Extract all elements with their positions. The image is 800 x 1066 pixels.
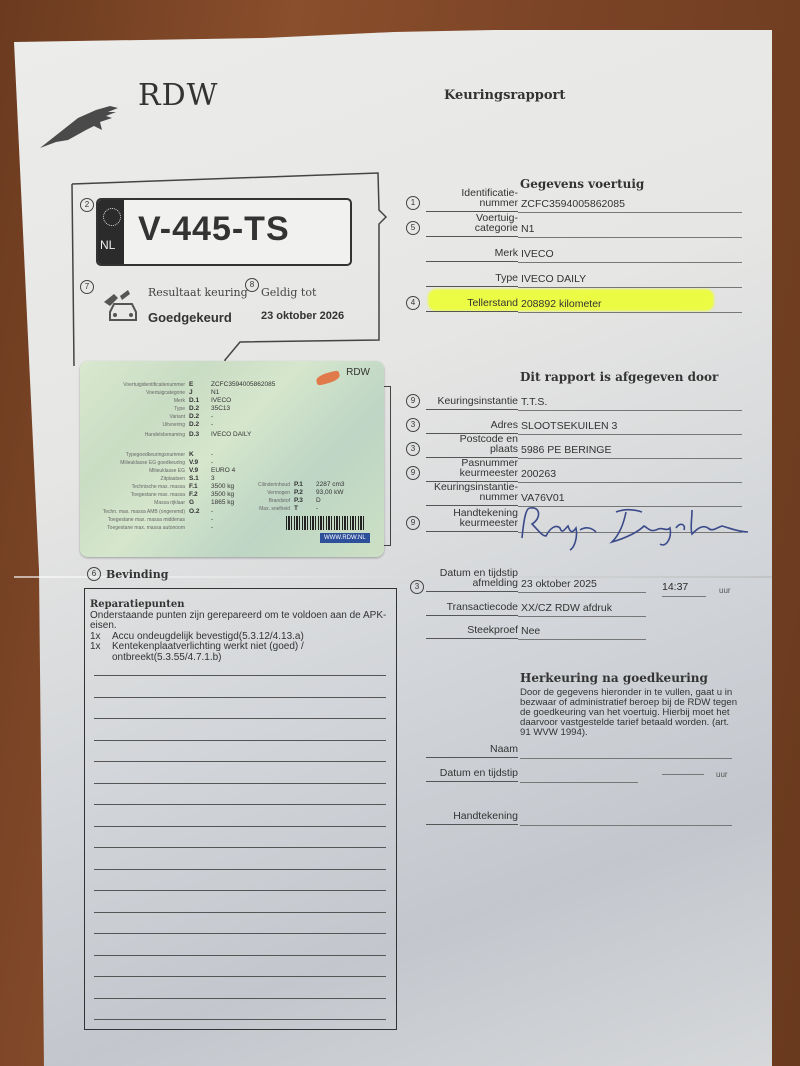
field-label: Keuringsinstantie- nummer <box>426 482 518 506</box>
card-row-label: Milieuklasse EG goedkeuring <box>80 460 185 466</box>
repair-intro: Onderstaande punten zijn gerepareerd om … <box>90 611 390 632</box>
findings-title: Bevinding <box>106 568 168 581</box>
reinspection-name-input[interactable] <box>520 744 732 759</box>
reinspection-time-unit: uur <box>716 770 728 779</box>
card-url: WWW.RDW.NL <box>320 533 370 543</box>
field-marker: 9 <box>406 516 420 530</box>
valid-until-label: Geldig tot <box>261 286 316 299</box>
card-row-code: D.2 <box>185 421 211 428</box>
sample-field: Steekproef Nee <box>406 617 742 643</box>
card-row-label: Voertuigcategorie <box>80 390 185 396</box>
field-value[interactable]: T.T.S. <box>518 396 742 411</box>
result-label: Resultaat keuring <box>148 286 248 299</box>
rdw-feather-icon <box>38 100 128 150</box>
reinspection-signature-label: Handtekening <box>426 811 518 825</box>
ruled-line <box>94 890 386 891</box>
card-row-code: D.3 <box>185 431 211 438</box>
card-row-label: Massa rijklaar <box>80 500 185 506</box>
barcode-icon <box>286 516 364 530</box>
valid-until-value: 23 oktober 2026 <box>261 310 344 322</box>
field-marker: 9 <box>406 466 420 480</box>
card-row-value: - <box>211 516 213 523</box>
card-row-value: 35C13 <box>211 405 230 412</box>
card-row-label: Toegestane max. massa autonoom <box>80 525 185 531</box>
card-row-label: Zitplaatsen <box>80 476 185 482</box>
reinspection-heading: Herkeuring na goedkeuring <box>520 671 708 685</box>
field-row: TypeIVECO DAILY <box>406 265 742 291</box>
card-row-value: - <box>211 508 213 515</box>
ruled-line <box>94 697 386 698</box>
field-marker: 3 <box>406 442 420 456</box>
card-row-label: Max. snelheid <box>240 506 290 512</box>
brand-name: RDW <box>138 78 218 113</box>
card-row: VoertuigcategorieJN1 <box>80 389 219 396</box>
card-row: MerkD.1IVECO <box>80 397 231 404</box>
field-value[interactable]: IVECO DAILY <box>518 273 742 288</box>
repair-text: Kentekenplaatverlichting werkt niet (goe… <box>112 642 390 663</box>
rdw-card-logo-icon <box>315 370 341 386</box>
field-value[interactable]: 200263 <box>518 468 742 483</box>
card-row-value: 93,00 kW <box>316 489 343 496</box>
card-row-code: F.2 <box>185 491 211 498</box>
card-row-value: - <box>211 459 213 466</box>
reinspection-signature-field: Handtekening <box>406 803 742 829</box>
card-row-label: Toegestane max. massa <box>80 492 185 498</box>
card-row: Technische max. massaF.13500 kg <box>80 483 234 490</box>
sample-label: Steekproef <box>426 625 518 639</box>
license-plate: NL V-445-TS <box>96 198 352 266</box>
result-value: Goedgekeurd <box>148 310 232 325</box>
reinspection-time-input[interactable] <box>662 773 704 775</box>
field-marker: 1 <box>406 196 420 210</box>
card-row-value: - <box>316 505 318 512</box>
card-row-code: D.1 <box>185 397 211 404</box>
card-row-value: 3 <box>211 475 215 482</box>
card-row-label: Type <box>80 406 185 412</box>
card-row-label: Brandstof <box>240 498 290 504</box>
card-row-code: P.3 <box>290 497 316 504</box>
card-row: Toegestane max. massa middenas- <box>80 516 213 523</box>
field-row: 5Voertuig- categorieN1 <box>406 215 742 241</box>
completion-date-value[interactable]: 23 oktober 2025 <box>518 578 646 593</box>
card-row-value: - <box>211 524 213 531</box>
card-row: Toegestane max. massaF.23500 kg <box>80 491 234 498</box>
card-row-value: EURO 4 <box>211 467 235 474</box>
card-row-code: V.9 <box>185 459 211 466</box>
card-row-code: T <box>290 505 316 512</box>
eu-stars-icon <box>103 208 121 226</box>
field-value[interactable]: N1 <box>518 223 742 238</box>
card-brand: RDW <box>346 367 370 378</box>
reinspection-signature-input[interactable] <box>520 811 732 826</box>
field-label: Voertuig- categorie <box>426 213 518 237</box>
repair-heading: Reparatiepunten <box>90 600 390 611</box>
ruled-line <box>94 675 386 676</box>
card-row-value: 2287 cm3 <box>316 481 345 488</box>
card-row: VermogenP.293,00 kW <box>240 489 343 496</box>
signature-icon <box>516 498 756 554</box>
card-row: Toegestane max. massa autonoom- <box>80 524 213 531</box>
reinspection-text: Door de gegevens hieronder in te vullen,… <box>520 688 742 738</box>
card-row-code: O.2 <box>185 508 211 515</box>
marker-2: 2 <box>80 198 94 212</box>
reinspection-date-input[interactable] <box>520 768 638 783</box>
card-row-label: Cilinderinhoud <box>240 482 290 488</box>
card-row-label: Toegestane max. massa middenas <box>80 517 185 523</box>
card-row-value: 1865 kg <box>211 499 234 506</box>
reinspection-name-field: Naam <box>406 736 742 762</box>
card-row-code: F.1 <box>185 483 211 490</box>
field-label: Merk <box>426 248 518 262</box>
issuer-heading: Dit rapport is afgegeven door <box>520 370 718 384</box>
card-row-code: J <box>185 389 211 396</box>
card-row-code: K <box>185 451 211 458</box>
country-code: NL <box>100 238 115 252</box>
reinspection-date-label: Datum en tijdstip <box>426 768 518 782</box>
registration-number: V-445-TS <box>138 210 290 249</box>
ruled-line <box>94 783 386 784</box>
card-row: TypegoedkeuringsnummerK- <box>80 451 213 458</box>
field-value[interactable]: 208892 kilometer <box>518 298 742 313</box>
ruled-line <box>94 718 386 719</box>
card-row-code: P.2 <box>290 489 316 496</box>
card-row: TypeD.235C13 <box>80 405 230 412</box>
card-row-code: S.1 <box>185 475 211 482</box>
card-row-code: D.2 <box>185 405 211 412</box>
transaction-value[interactable]: XX/CZ RDW afdruk <box>518 602 646 617</box>
card-row-code: D.2 <box>185 413 211 420</box>
ruled-line <box>94 740 386 741</box>
document-title: Keuringsrapport <box>444 88 565 103</box>
card-row-label: Typegoedkeuringsnummer <box>80 452 185 458</box>
field-label: Identificatie- nummer <box>426 188 518 212</box>
eu-band: NL <box>98 200 124 264</box>
card-row: Massa rijklaarG1865 kg <box>80 499 234 506</box>
card-row-code: V.9 <box>185 467 211 474</box>
field-marker: 5 <box>406 221 420 235</box>
field-value[interactable]: SLOOTSEKUILEN 3 <box>518 420 742 435</box>
card-row: BrandstofP.3D <box>240 497 321 504</box>
card-row: Techn. max. massa AMB (ongeremd)O.2- <box>80 508 213 515</box>
card-row: Milieuklasse EG goedkeuringV.9- <box>80 459 213 466</box>
ruled-line <box>94 804 386 805</box>
car-inspection-icon <box>100 288 142 324</box>
card-row-label: Techn. max. massa AMB (ongeremd) <box>80 509 185 515</box>
card-row-value: ZCFC3594005862085 <box>211 381 275 388</box>
card-row-value: - <box>211 451 213 458</box>
field-marker: 4 <box>406 296 420 310</box>
card-row-value: - <box>211 413 213 420</box>
card-row: VariantD.2- <box>80 413 213 420</box>
sample-value[interactable]: Nee <box>518 625 646 640</box>
marker-6: 6 <box>87 567 101 581</box>
findings-content: Reparatiepunten Onderstaande punten zijn… <box>90 600 390 663</box>
transaction-label: Transactiecode <box>426 602 518 616</box>
field-label: Pasnummer keurmeester <box>426 458 518 482</box>
card-row-label: Milieuklasse EG <box>80 468 185 474</box>
card-row: UitvoeringD.2- <box>80 421 213 428</box>
card-row-value: 3500 kg <box>211 491 234 498</box>
card-row-value: D <box>316 497 321 504</box>
field-row: 4Tellerstand208892 kilometer <box>406 290 742 316</box>
card-row: ZitplaatsenS.13 <box>80 475 215 482</box>
field-value[interactable]: ZCFC3594005862085 <box>518 198 742 213</box>
card-row-value: - <box>211 421 213 428</box>
card-row: Max. snelheidT- <box>240 505 318 512</box>
field-value[interactable]: 5986 PE BERINGE <box>518 444 742 459</box>
card-row-code: P.1 <box>290 481 316 488</box>
repair-item: 1xKentekenplaatverlichting werkt niet (g… <box>90 642 390 663</box>
card-row-label: Vermogen <box>240 490 290 496</box>
card-row: HandelsbenamingD.3IVECO DAILY <box>80 431 251 438</box>
ruled-line <box>94 933 386 934</box>
field-label: Keuringsinstantie <box>426 396 518 410</box>
registration-card: RDW VoertuigidentificatienummerEZCFC3594… <box>80 361 384 557</box>
vehicle-heading: Gegevens voertuig <box>520 177 644 191</box>
field-row: MerkIVECO <box>406 240 742 266</box>
ruled-line <box>94 976 386 977</box>
field-marker: 3 <box>406 418 420 432</box>
marker-8: 8 <box>245 278 259 292</box>
ruled-line <box>94 847 386 848</box>
ruled-line <box>94 761 386 762</box>
field-label: Handtekening keurmeester <box>426 508 518 532</box>
card-row-code: G <box>185 499 211 506</box>
card-row-label: Merk <box>80 398 185 404</box>
field-label: Tellerstand <box>426 298 518 312</box>
card-row-value: N1 <box>211 389 219 396</box>
field-row: 9KeuringsinstantieT.T.S. <box>406 388 742 414</box>
card-row-label: Variant <box>80 414 185 420</box>
card-row: Milieuklasse EGV.9EURO 4 <box>80 467 235 474</box>
card-row-label: Handelsbenaming <box>80 432 185 438</box>
field-label: Adres <box>426 420 518 434</box>
field-marker: 9 <box>406 394 420 408</box>
ruled-line <box>94 998 386 999</box>
field-label: Postcode en plaats <box>426 434 518 458</box>
card-row-value: IVECO <box>211 397 231 404</box>
ruled-line <box>94 826 386 827</box>
reinspection-name-label: Naam <box>426 744 518 758</box>
ruled-line <box>94 912 386 913</box>
completion-date-label: Datum en tijdstip afmelding <box>426 568 518 592</box>
ruled-line <box>94 869 386 870</box>
marker-7: 7 <box>80 280 94 294</box>
ruled-line <box>94 1019 386 1020</box>
card-row-label: Uitvoering <box>80 422 185 428</box>
field-label: Type <box>426 273 518 287</box>
repair-qty: 1x <box>90 642 112 663</box>
card-row-label: Voertuigidentificatienummer <box>80 382 185 388</box>
ruled-line <box>94 955 386 956</box>
card-bracket <box>384 386 391 546</box>
card-row-value: 3500 kg <box>211 483 234 490</box>
card-row: VoertuigidentificatienummerEZCFC35940058… <box>80 381 275 388</box>
card-row: CilinderinhoudP.12287 cm3 <box>240 481 345 488</box>
card-row-code: E <box>185 381 211 388</box>
field-value[interactable]: IVECO <box>518 248 742 263</box>
card-row-value: IVECO DAILY <box>211 431 251 438</box>
card-row-label: Technische max. massa <box>80 484 185 490</box>
